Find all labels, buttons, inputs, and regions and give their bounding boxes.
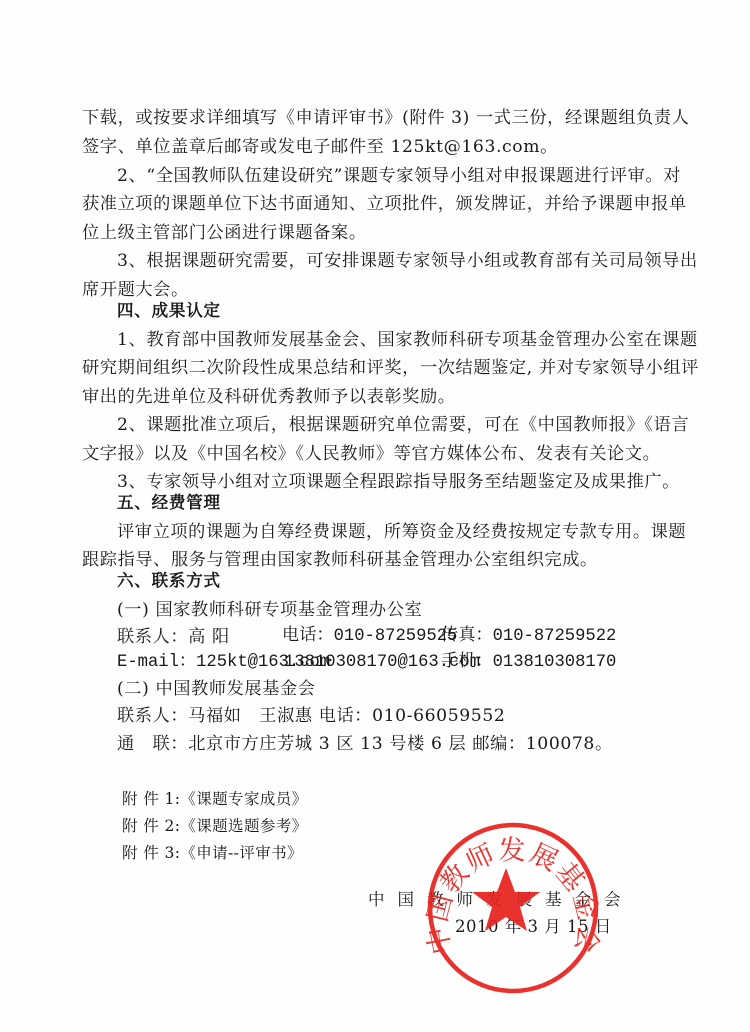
body-line: 席开题大会。 (82, 279, 682, 301)
section-heading-results: 四、成果认定 (117, 300, 717, 322)
body-line: 研究期间组织二次阶段性成果总结和评奖，一次结题鉴定, 并对专家领导小组评 (82, 357, 682, 379)
section-heading-funding: 五、经费管理 (117, 492, 717, 514)
body-line: 3、根据课题研究需要，可安排课题专家领导小组或教育部有关司局领导出 (117, 250, 717, 272)
body-line: 1、教育部中国教师发展基金会、国家教师科研专项基金管理办公室在课题 (117, 329, 717, 351)
signature-date: 2010 年 3 月 15 日 (455, 913, 612, 937)
document-page: 下载，或按要求详细填写《申请评审书》(附件 3) 一式三份，经课题组负责人 签字… (0, 0, 750, 1032)
org2-contact-phone: 联系人：马福如 王淑惠 电话：010-66059552 (117, 705, 717, 727)
body-line: 下载，或按要求详细填写《申请评审书》(附件 3) 一式三份，经课题组负责人 (82, 107, 682, 129)
attachment-2: 附 件 2:《课题选题参考》 (122, 815, 722, 837)
org2-title: (二) 中国教师发展基金会 (117, 678, 717, 700)
org1-phone: 电话：010-87259525 (282, 626, 457, 648)
body-line: 跟踪指导、服务与管理由国家教师科研基金管理办公室组织完成。 (82, 549, 682, 571)
body-line: 获准立项的课题单位下达书面通知、立项批件，颁发牌证，并给予课题申报单 (82, 193, 682, 215)
org2-address: 通 联：北京市方庄芳城 3 区 13 号楼 6 层 邮编：100078。 (117, 733, 717, 755)
body-line: 位上级主管部门公函进行课题备案。 (82, 222, 682, 244)
org1-contact: 联系人：高 阳 (117, 626, 230, 648)
signature-org: 中国教师发展基金会 (368, 886, 634, 910)
body-line: 审出的先进单位及科研优秀教师予以表彰奖励。 (82, 386, 682, 408)
body-line: 签字、单位盖章后邮寄或发电子邮件至 125kt@163.com。 (82, 136, 682, 158)
attachment-1: 附 件 1:《课题专家成员》 (122, 788, 722, 810)
attachment-3: 附 件 3:《申请--评审书》 (122, 842, 722, 864)
section-heading-contact: 六、联系方式 (117, 570, 717, 592)
body-line: 文字报》以及《中国名校》《人民教师》等官方媒体公布、发表有关论文。 (82, 443, 682, 465)
body-line: 2、“全国教师队伍建设研究”课题专家领导小组对申报课题进行评审。对 (117, 165, 717, 187)
body-line: 2、课题批准立项后，根据课题研究单位需要，可在《中国教师报》《语言 (117, 414, 717, 436)
body-line: 3、专家领导小组对立项课题全程跟踪指导服务至结题鉴定及成果推广。 (117, 471, 717, 493)
org1-title: (一) 国家教师科研专项基金管理办公室 (117, 599, 717, 621)
body-line: 评审立项的课题为自筹经费课题，所筹资金及经费按规定专款专用。课题 (117, 521, 717, 543)
org1-fax: 传真：010-87259522 (441, 626, 616, 648)
org1-mobile: 手机：013810308170 (441, 652, 616, 674)
